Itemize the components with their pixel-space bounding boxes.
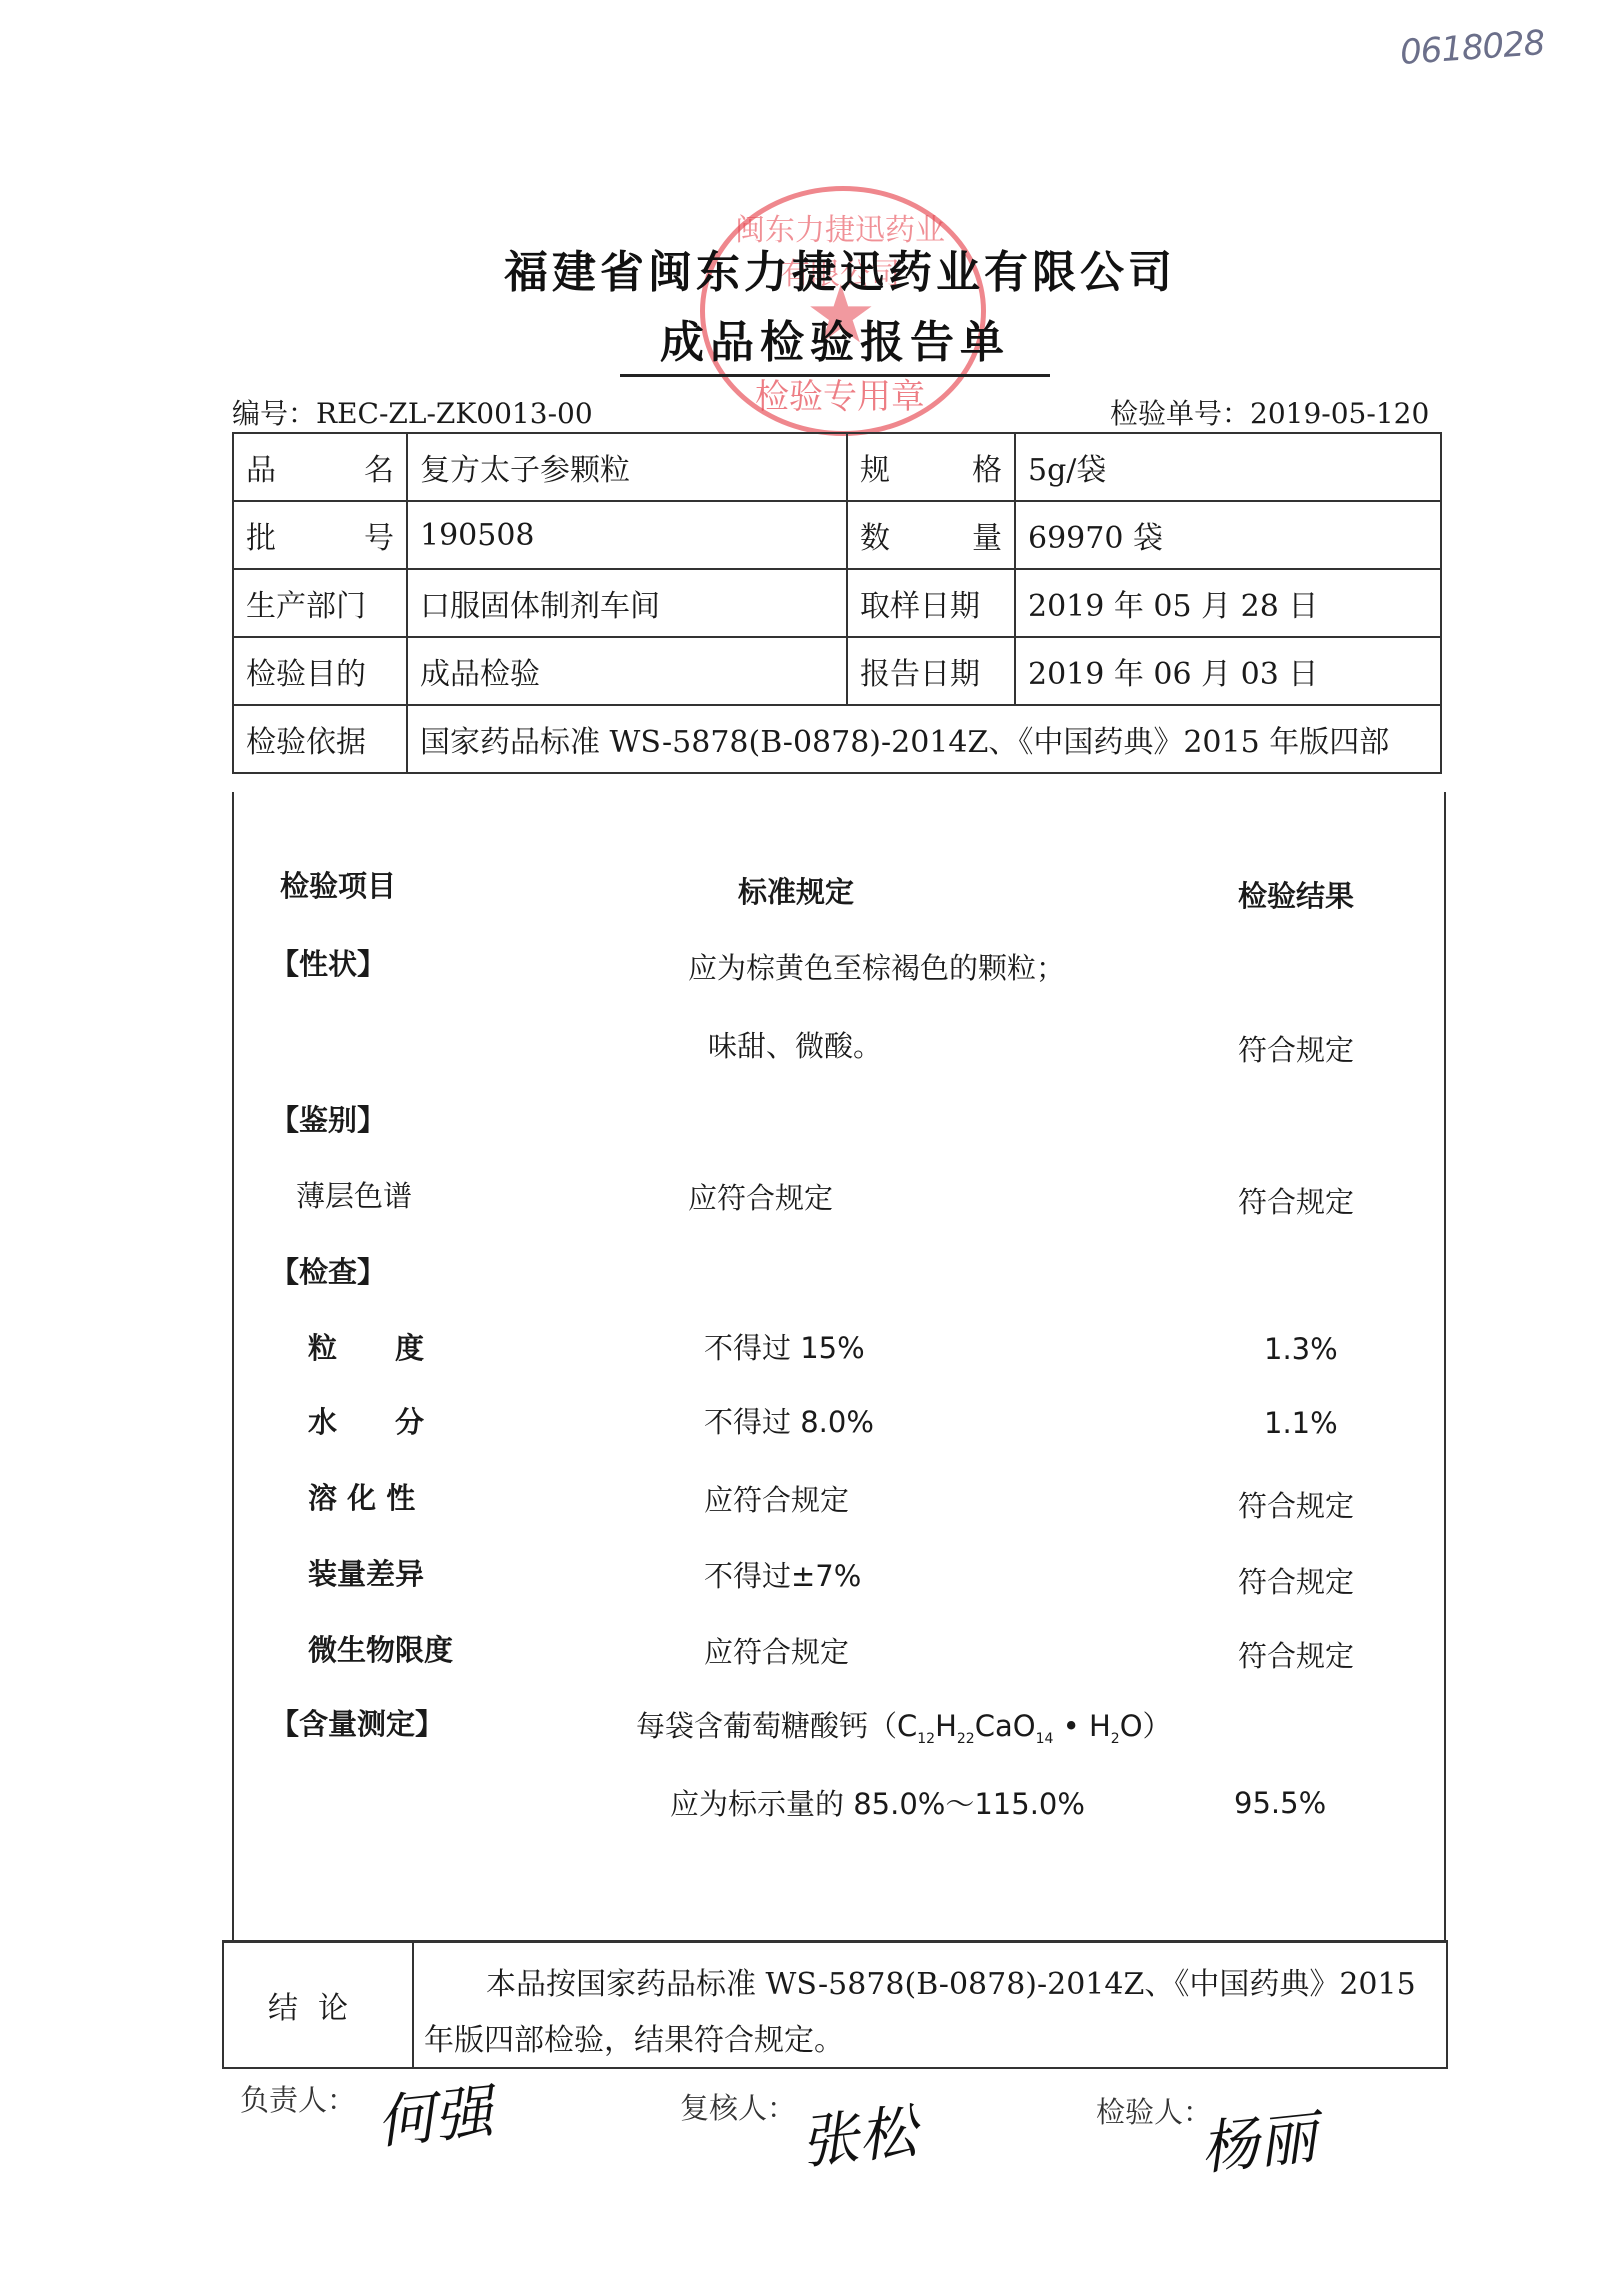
appearance-standard-line2: 味甜、微酸。 xyxy=(708,1024,882,1065)
appearance-result: 符合规定 xyxy=(1238,1028,1354,1069)
responsible-person-signature: 何强 xyxy=(372,2064,496,2160)
inspection-number-value: 2019-05-120 xyxy=(1250,397,1429,430)
report-title: 成品检验报告单 xyxy=(620,306,1050,377)
reviewer-label: 复核人： xyxy=(680,2086,796,2127)
purpose-value: 成品检验 xyxy=(407,637,847,705)
exam-result-solubility: 符合规定 xyxy=(1238,1484,1354,1525)
handwritten-note: 0618028 xyxy=(1399,23,1546,73)
inspector-label: 检验人： xyxy=(1096,2090,1212,2131)
exam-item-solubility: 溶 化 性 xyxy=(308,1476,415,1517)
appearance-standard-line1: 应为棕黄色至棕褐色的颗粒； xyxy=(688,946,1065,987)
basis-label: 检验依据 xyxy=(233,705,407,773)
responsible-person-label: 负责人： xyxy=(240,2078,356,2119)
section-examination: 【检查】 xyxy=(270,1250,386,1291)
assay-result: 95.5% xyxy=(1234,1786,1326,1820)
table-row: 品名 复方太子参颗粒 规格 5g/袋 xyxy=(233,433,1441,501)
exam-standard-fill-variation: 不得过±7% xyxy=(704,1554,861,1595)
inspector-signature: 杨丽 xyxy=(1196,2090,1320,2186)
department-label: 生产部门 xyxy=(233,569,407,637)
exam-standard-moisture: 不得过 8.0% xyxy=(704,1400,874,1441)
document-number-label: 编号： xyxy=(232,397,316,430)
exam-result-moisture: 1.1% xyxy=(1264,1406,1338,1440)
exam-item-fill-variation: 装量差异 xyxy=(308,1552,424,1593)
spec-label: 规格 xyxy=(847,433,1015,501)
company-name: 福建省闽东力捷迅药业有限公司 xyxy=(0,236,1600,300)
conclusion-row: 结论 本品按国家药品标准 WS-5878(B-0878)-2014Z、《中国药典… xyxy=(222,1940,1448,2069)
section-assay: 【含量测定】 xyxy=(270,1702,444,1743)
product-info-table: 品名 复方太子参颗粒 规格 5g/袋 批号 190508 数量 69970 袋 … xyxy=(232,432,1442,774)
document-number: 编号：REC-ZL-ZK0013-00 xyxy=(232,392,593,432)
sampling-date-label: 取样日期 xyxy=(847,569,1015,637)
conclusion-text: 本品按国家药品标准 WS-5878(B-0878)-2014Z、《中国药典》20… xyxy=(424,1957,1434,2069)
identification-standard: 应符合规定 xyxy=(688,1176,833,1217)
identification-result: 符合规定 xyxy=(1238,1180,1354,1221)
exam-item-granularity: 粒 度 xyxy=(308,1326,424,1367)
section-identification: 【鉴别】 xyxy=(270,1098,386,1139)
exam-item-microbial-limit: 微生物限度 xyxy=(308,1628,453,1669)
exam-standard-granularity: 不得过 15% xyxy=(704,1326,865,1367)
report-date-value: 2019 年 06 月 03 日 xyxy=(1015,637,1441,705)
exam-item-moisture: 水 分 xyxy=(308,1400,424,1441)
test-results-section: 检验项目 标准规定 检验结果 【性状】 应为棕黄色至棕褐色的颗粒； 味甜、微酸。… xyxy=(232,792,1446,1940)
table-row: 批号 190508 数量 69970 袋 xyxy=(233,501,1441,569)
quantity-value: 69970 袋 xyxy=(1015,501,1441,569)
column-header-standard: 标准规定 xyxy=(738,870,854,911)
document-number-value: REC-ZL-ZK0013-00 xyxy=(316,397,593,430)
inspection-number-label: 检验单号： xyxy=(1110,397,1250,430)
exam-standard-solubility: 应符合规定 xyxy=(704,1478,849,1519)
sampling-date-value: 2019 年 05 月 28 日 xyxy=(1015,569,1441,637)
product-name-label: 品名 xyxy=(233,433,407,501)
assay-standard-line2: 应为标示量的 85.0%～115.0% xyxy=(670,1782,1085,1823)
conclusion-label: 结论 xyxy=(224,1943,414,2067)
quantity-label: 数量 xyxy=(847,501,1015,569)
exam-result-fill-variation: 符合规定 xyxy=(1238,1560,1354,1601)
purpose-label: 检验目的 xyxy=(233,637,407,705)
table-row: 生产部门 口服固体制剂车间 取样日期 2019 年 05 月 28 日 xyxy=(233,569,1441,637)
batch-value: 190508 xyxy=(407,501,847,569)
basis-value: 国家药品标准 WS-5878(B-0878)-2014Z、《中国药典》2015 … xyxy=(407,705,1441,773)
inspection-number: 检验单号：2019-05-120 xyxy=(1110,392,1429,432)
department-value: 口服固体制剂车间 xyxy=(407,569,847,637)
column-header-item: 检验项目 xyxy=(280,864,396,905)
spec-value: 5g/袋 xyxy=(1015,433,1441,501)
identification-item: 薄层色谱 xyxy=(296,1174,412,1215)
table-row: 检验目的 成品检验 报告日期 2019 年 06 月 03 日 xyxy=(233,637,1441,705)
assay-standard-line1: 每袋含葡萄糖酸钙（C12H22CaO14 • H2O） xyxy=(636,1704,1172,1747)
exam-result-microbial-limit: 符合规定 xyxy=(1238,1634,1354,1675)
exam-result-granularity: 1.3% xyxy=(1264,1332,1338,1366)
product-name-value: 复方太子参颗粒 xyxy=(407,433,847,501)
report-date-label: 报告日期 xyxy=(847,637,1015,705)
reviewer-signature: 张松 xyxy=(796,2084,920,2180)
exam-standard-microbial-limit: 应符合规定 xyxy=(704,1630,849,1671)
batch-label: 批号 xyxy=(233,501,407,569)
section-appearance: 【性状】 xyxy=(270,942,386,983)
table-row: 检验依据 国家药品标准 WS-5878(B-0878)-2014Z、《中国药典》… xyxy=(233,705,1441,773)
column-header-result: 检验结果 xyxy=(1238,874,1354,915)
